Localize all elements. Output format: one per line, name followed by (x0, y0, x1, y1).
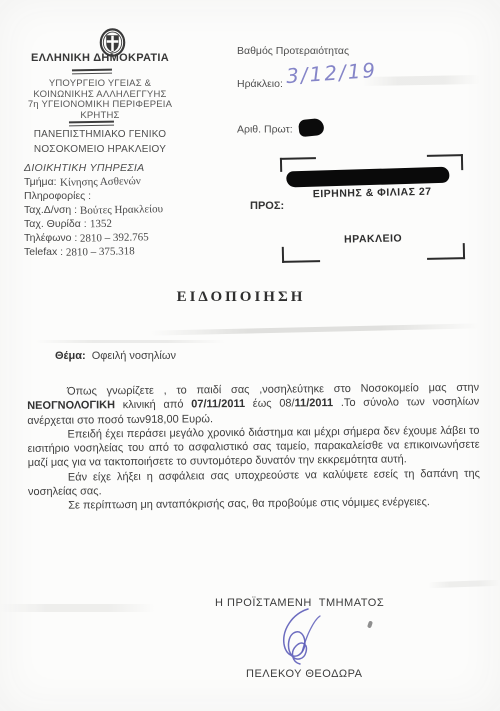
signatory-name: ΠΕΛΕΚΟΥ ΘΕΟΔΩΡΑ (246, 668, 363, 680)
to-label: ΠΡΟΣ: (250, 200, 284, 212)
contact-row: Τηλέφωνο : 2810 – 392.765 (24, 232, 224, 246)
scan-artifact (367, 621, 373, 629)
protocol-number-row: Αριθ. Πρωτ: (237, 121, 324, 138)
subject-label: Θέμα: (55, 350, 86, 362)
contact-value: Κίνησης Ασθενών (59, 175, 140, 191)
subject-line: Θέμα:Οφειλή νοσηλίων (55, 350, 176, 362)
contact-row: Τμήμα: Κίνησης Ασθενών (24, 176, 224, 190)
scan-artifact (362, 75, 480, 86)
issue-place-label: Ηράκλειο: (237, 78, 283, 90)
priority-label: Βαθμός Προτεραιότητας (237, 45, 349, 57)
ministry-line: ΚΡΗΤΗΣ (10, 111, 190, 122)
contact-label: Πληροφορίες : (24, 190, 91, 202)
service-name: ΔΙΟΙΚΗΤΙΚΗ ΥΠΗΡΕΣΙΑ (24, 162, 144, 174)
body-text: Ευρώ. (179, 413, 213, 425)
contact-label: Τμήμα: (24, 176, 57, 188)
contact-value: 1352 (89, 217, 111, 231)
recipient-street: ΕΙΡΗΝΗΣ & ΦΙΛΙΑΣ 27 (281, 185, 464, 201)
body-paragraph: Εάν είχε λήξει η ασφάλεια σας υποχρεούστ… (28, 466, 480, 499)
corner-bracket (427, 243, 465, 260)
body-text: Όπως γνωρίζετε , το παιδί σας ,νοσηλεύτη… (67, 382, 479, 398)
discharge-date: 11/2011 (295, 397, 334, 409)
amount-due: 918,00 (145, 413, 179, 425)
scan-artifact (0, 604, 155, 612)
ministry-line: 7η ΥΓΕΙΟΝΟΜΙΚΗ ΠΕΡΙΦΕΡΕΙΑ (10, 100, 190, 111)
corner-bracket (280, 157, 316, 172)
notice-title: ΕΙΔΟΠΟΙΗΣΗ (0, 289, 482, 306)
scan-artifact (150, 323, 480, 335)
contact-row: Ταχ. Θυρίδα : 1352 (24, 218, 224, 232)
ministry-block: ΥΠΟΥΡΓΕΙΟ ΥΓΕΙΑΣ & ΚΟΙΝΩΝΙΚΗΣ ΑΛΛΗΛΕΓΓΥΗ… (10, 79, 190, 121)
protocol-number-label: Αριθ. Πρωτ: (237, 123, 293, 135)
contact-label: Telefax : (24, 246, 63, 258)
hospital-name: ΠΑΝΕΠΙΣΤΗΜΙΑΚΟ ΓΕΝΙΚΟ ΝΟΣΟΚΟΜΕΙΟ ΗΡΑΚΛΕΙ… (10, 128, 190, 157)
contact-label: Ταχ. Θυρίδα : (24, 218, 87, 230)
corner-bracket (282, 246, 320, 263)
contact-value: Βούτες Ηρακλείου (80, 203, 163, 219)
contact-label: Ταχ.Δ/νση : (24, 204, 77, 216)
contact-details: Τμήμα: Κίνησης Ασθενών Πληροφορίες : Ταχ… (24, 176, 224, 259)
recipient-address-box: ΕΙΡΗΝΗΣ & ΦΙΛΙΑΣ 27 ΗΡΑΚΛΕΙΟ (280, 154, 465, 263)
hospital-name-line: ΝΟΣΟΚΟΜΕΙΟ ΗΡΑΚΛΕΙΟΥ (10, 143, 190, 158)
hospital-name-line: ΠΑΝΕΠΙΣΤΗΜΙΑΚΟ ΓΕΝΙΚΟ (10, 128, 190, 143)
admission-date: 07/11/2011 (191, 398, 245, 411)
scan-artifact (428, 580, 500, 589)
letter-body: Όπως γνωρίζετε , το παιδί σας ,νοσηλεύτη… (27, 381, 480, 514)
contact-row: Πληροφορίες : (24, 190, 224, 204)
letterhead-divider (69, 121, 114, 127)
body-paragraph: Όπως γνωρίζετε , το παιδί σας ,νοσηλεύτη… (27, 381, 479, 428)
scanned-letter-page: ΕΛΛΗΝΙΚΗ ΔΗΜΟΚΡΑΤΙΑ ΥΠΟΥΡΓΕΙΟ ΥΓΕΙΑΣ & Κ… (0, 0, 500, 711)
republic-title: ΕΛΛΗΝΙΚΗ ΔΗΜΟΚΡΑΤΙΑ (10, 52, 190, 64)
contact-row: Telefax : 2810 – 375.318 (24, 246, 224, 260)
body-paragraph: Σε περίπτωση μη ανταπόκρισής σας, θα προ… (28, 495, 480, 514)
letterhead-divider (72, 69, 112, 75)
scan-artifact (35, 340, 225, 343)
contact-label: Τηλέφωνο : (24, 232, 77, 244)
contact-value: 2810 – 375.318 (66, 245, 135, 260)
clinic-name: ΝΕΟΓΝΟΛΟΓΙΚΗ (27, 399, 115, 412)
body-text: κλινική από (115, 399, 191, 412)
subject-value: Οφειλή νοσηλίων (92, 350, 176, 362)
ministry-line: ΥΠΟΥΡΓΕΙΟ ΥΓΕΙΑΣ & (10, 79, 190, 90)
contact-value: 2810 – 392.765 (80, 231, 149, 246)
signature-scribble-icon (262, 606, 350, 670)
redaction-blob (298, 118, 325, 138)
body-paragraph: Επειδή έχει περάσει μεγάλο χρονικό διάστ… (27, 424, 479, 471)
body-text: έως (245, 398, 279, 410)
redaction-bar (286, 167, 449, 188)
contact-row: Ταχ.Δ/νση : Βούτες Ηρακλείου (24, 204, 224, 218)
discharge-date: 08/ (279, 398, 294, 410)
